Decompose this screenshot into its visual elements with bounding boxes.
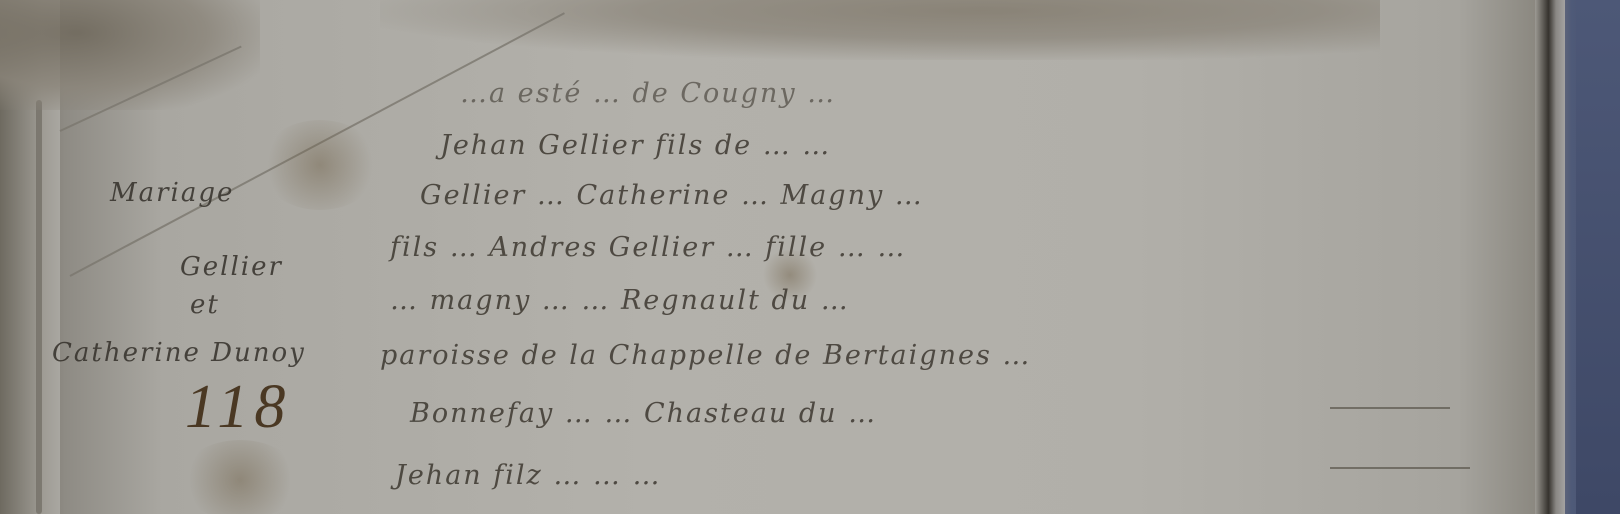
margin-conjunction: et [190,290,220,320]
body-line: Jehan Gellier fils de … … [440,130,831,161]
blue-backdrop [1576,0,1620,514]
page-edge-right [1535,0,1565,514]
body-line: Gellier … Catherine … Magny … [420,180,924,211]
manuscript-photo: Mariage Gellier et Catherine Dunoy 118 …… [0,0,1620,514]
ink-stain [260,120,380,210]
body-line: fils … Andres Gellier … fille … … [390,232,906,263]
page-fold [36,100,42,514]
ink-stain [180,440,300,514]
body-line: paroisse de la Chappelle de Bertaignes … [380,340,1031,371]
margin-name-bride: Catherine Dunoy [52,338,306,368]
body-line: Jehan filz … … … [395,460,662,491]
body-line: Bonnefay … … Chasteau du … [410,398,877,429]
body-line: …a esté … de Cougny … [460,78,836,109]
margin-heading: Mariage [110,178,234,208]
entry-number: 118 [185,372,291,443]
pen-stroke [1330,407,1450,409]
pen-stroke [1330,467,1470,469]
margin-name-groom: Gellier [180,252,283,282]
body-line: … magny … … Regnault du … [390,285,850,316]
